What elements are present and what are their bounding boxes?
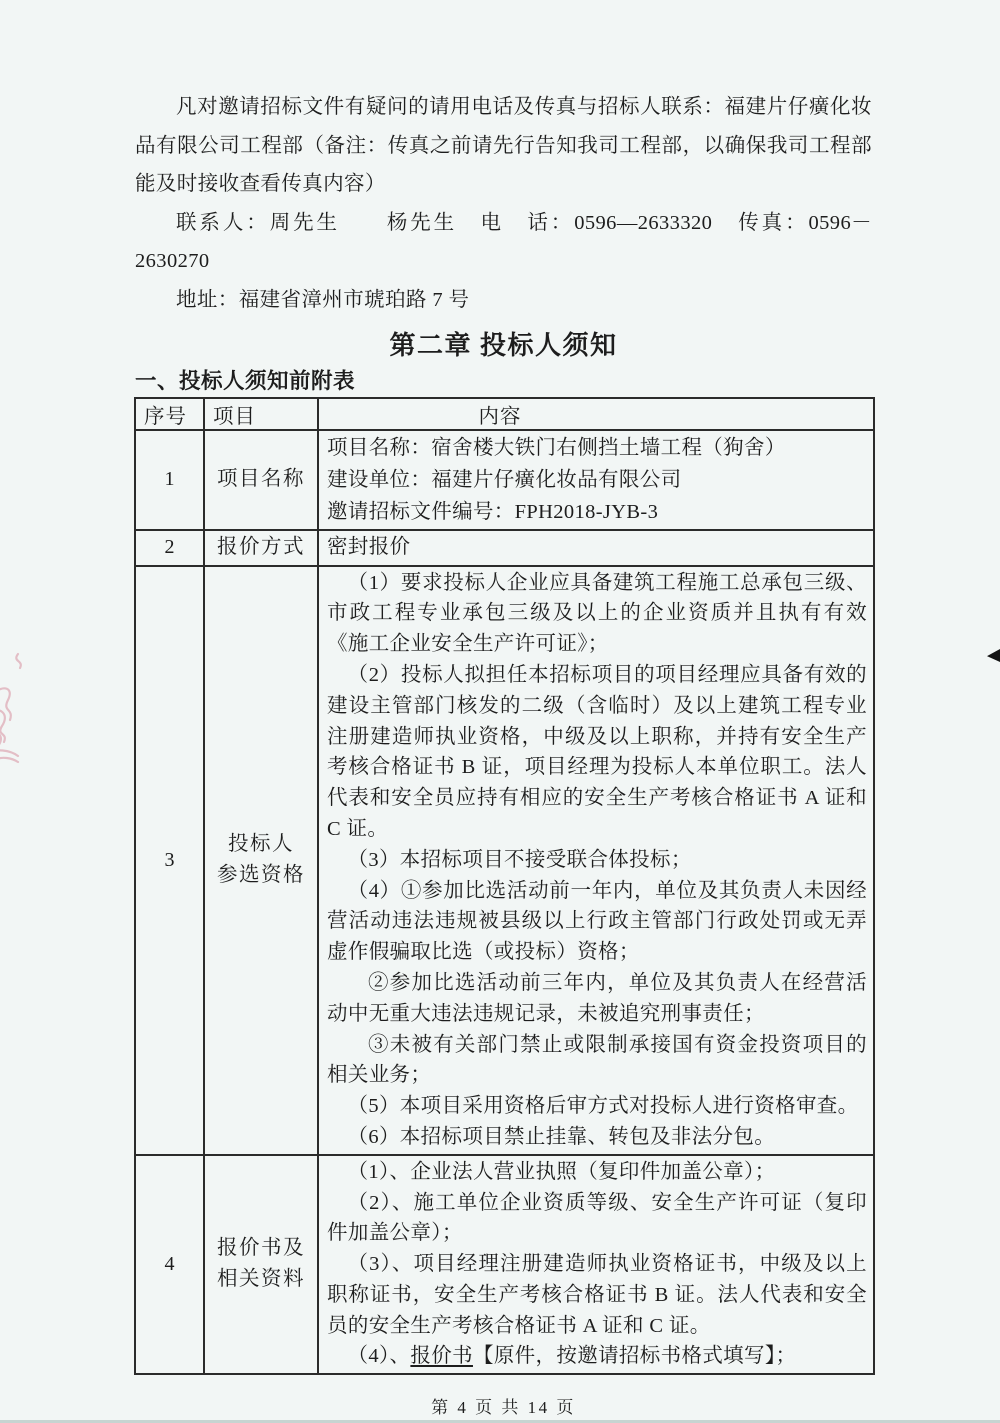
header-col-content: 内容 xyxy=(318,398,874,430)
table-row: 4报价书及相关资料（1）、企业法人营业执照（复印件加盖公章）；（2）、施工单位企… xyxy=(135,1155,874,1375)
chapter-title: 第二章 投标人须知 xyxy=(135,327,872,364)
text-segment: （3）、项目经理注册建造师执业资格证书，中级及以上职称证书，安全生产考核合格证书… xyxy=(327,1253,867,1337)
text-segment: 项目名称：宿舍楼大铁门右侧挡土墙工程（狗舍） xyxy=(327,437,786,459)
row-number-cell: 4 xyxy=(135,1155,204,1375)
text-segment: 邀请招标文件编号：FPH2018-JYB-3 xyxy=(327,501,658,523)
content-paragraph: （4）、报价书【原件，按邀请招标书格式填写】； xyxy=(327,1341,867,1372)
row-content-cell: （1）要求投标人企业应具备建筑工程施工总承包三级、市政工程专业承包三级及以上的企… xyxy=(318,566,874,1155)
row-item-line: 项目名称 xyxy=(207,464,315,495)
page-content: 凡对邀请招标文件有疑问的请用电话及传真与招标人联系：福建片仔癀化妆品有限公司工程… xyxy=(135,88,872,1418)
text-segment: 【原件，按邀请招标书格式填写】； xyxy=(473,1345,796,1367)
content-paragraph: ②参加比选活动前三年内，单位及其负责人在经营活动中无重大违法违规记录，未被追究刑… xyxy=(327,968,867,1030)
content-paragraph: （5）本项目采用资格后审方式对投标人进行资格审查。 xyxy=(327,1091,867,1122)
text-segment: （1）要求投标人企业应具备建筑工程施工总承包三级、市政工程专业承包三级及以上的企… xyxy=(327,572,867,656)
address-line: 地址：福建省漳州市琥珀路 7 号 xyxy=(135,281,872,320)
content-paragraph: （1）、企业法人营业执照（复印件加盖公章）； xyxy=(327,1157,867,1188)
content-paragraph: （4）①参加比选活动前一年内，单位及其负责人未因经营活动违法违规被县级以上行政主… xyxy=(327,876,867,968)
document-page: 凡对邀请招标文件有疑问的请用电话及传真与招标人联系：福建片仔癀化妆品有限公司工程… xyxy=(0,0,1000,1423)
row-item-cell: 报价书及相关资料 xyxy=(204,1155,318,1375)
table-row: 1项目名称项目名称：宿舍楼大铁门右侧挡土墙工程（狗舍）建设单位：福建片仔癀化妆品… xyxy=(135,430,874,530)
content-paragraph: 建设单位：福建片仔癀化妆品有限公司 xyxy=(327,464,867,496)
text-segment: 密封报价 xyxy=(327,536,410,558)
content-paragraph: （2）投标人拟担任本招标项目的项目经理应具备有效的建设主管部门核发的二级（含临时… xyxy=(327,660,867,845)
row-content-cell: （1）、企业法人营业执照（复印件加盖公章）；（2）、施工单位企业资质等级、安全生… xyxy=(318,1155,874,1375)
content-paragraph: （6）本招标项目禁止挂靠、转包及非法分包。 xyxy=(327,1122,867,1153)
page-number: 第 4 页 共 14 页 xyxy=(135,1393,872,1418)
red-stamp-smudge xyxy=(0,636,54,776)
text-segment: ③未被有关部门禁止或限制承接国有资金投资项目的相关业务； xyxy=(327,1034,867,1087)
header-col-item: 项目 xyxy=(204,398,318,430)
row-number-cell: 3 xyxy=(135,566,204,1155)
row-item-line: 相关资料 xyxy=(207,1264,315,1295)
right-edge-scan-mark xyxy=(987,649,1000,662)
row-item-line: 投标人 xyxy=(207,829,315,860)
table-header-row: 序号 项目 内容 xyxy=(135,398,874,430)
table-body: 1项目名称项目名称：宿舍楼大铁门右侧挡土墙工程（狗舍）建设单位：福建片仔癀化妆品… xyxy=(135,430,874,1375)
row-item-line: 参选资格 xyxy=(207,860,315,891)
row-item-cell: 投标人参选资格 xyxy=(204,566,318,1155)
text-segment: （2）投标人拟担任本招标项目的项目经理应具备有效的建设主管部门核发的二级（含临时… xyxy=(327,664,867,840)
text-segment: （4）、 xyxy=(348,1345,411,1367)
underlined-text: 报价书 xyxy=(410,1345,473,1367)
text-segment: 建设单位：福建片仔癀化妆品有限公司 xyxy=(327,469,681,491)
content-paragraph: 密封报价 xyxy=(327,532,867,563)
section-heading: 一、投标人须知前附表 xyxy=(135,366,872,397)
row-number-cell: 1 xyxy=(135,430,204,530)
content-paragraph: （3）本招标项目不接受联合体投标； xyxy=(327,845,867,876)
row-item-cell: 项目名称 xyxy=(204,430,318,530)
intro-paragraph: 凡对邀请招标文件有疑问的请用电话及传真与招标人联系：福建片仔癀化妆品有限公司工程… xyxy=(135,88,872,204)
content-paragraph: ③未被有关部门禁止或限制承接国有资金投资项目的相关业务； xyxy=(327,1030,867,1092)
content-paragraph: （3）、项目经理注册建造师执业资格证书，中级及以上职称证书，安全生产考核合格证书… xyxy=(327,1249,867,1341)
row-content-cell: 项目名称：宿舍楼大铁门右侧挡土墙工程（狗舍）建设单位：福建片仔癀化妆品有限公司邀… xyxy=(318,430,874,530)
content-paragraph: 项目名称：宿舍楼大铁门右侧挡土墙工程（狗舍） xyxy=(327,432,867,464)
row-number-cell: 2 xyxy=(135,530,204,566)
text-segment: （5）本项目采用资格后审方式对投标人进行资格审查。 xyxy=(348,1095,859,1117)
row-item-cell: 报价方式 xyxy=(204,530,318,566)
header-col-no: 序号 xyxy=(135,398,204,430)
row-content-cell: 密封报价 xyxy=(318,530,874,566)
table-row: 2报价方式密封报价 xyxy=(135,530,874,566)
content-paragraph: 邀请招标文件编号：FPH2018-JYB-3 xyxy=(327,496,867,528)
bidder-notice-table: 序号 项目 内容 1项目名称项目名称：宿舍楼大铁门右侧挡土墙工程（狗舍）建设单位… xyxy=(134,397,875,1376)
text-segment: （2）、施工单位企业资质等级、安全生产许可证（复印件加盖公章）； xyxy=(327,1192,867,1245)
content-paragraph: （2）、施工单位企业资质等级、安全生产许可证（复印件加盖公章）； xyxy=(327,1188,867,1250)
row-item-line: 报价方式 xyxy=(207,532,315,563)
text-segment: ②参加比选活动前三年内，单位及其负责人在经营活动中无重大违法违规记录，未被追究刑… xyxy=(327,972,867,1025)
contact-line: 联系人：周先生 杨先生 电 话：0596—2633320 传真：0596－263… xyxy=(135,204,872,281)
content-paragraph: （1）要求投标人企业应具备建筑工程施工总承包三级、市政工程专业承包三级及以上的企… xyxy=(327,568,867,660)
text-segment: （4）①参加比选活动前一年内，单位及其负责人未因经营活动违法违规被县级以上行政主… xyxy=(327,880,867,964)
text-segment: （6）本招标项目禁止挂靠、转包及非法分包。 xyxy=(348,1126,776,1148)
row-item-line: 报价书及 xyxy=(207,1233,315,1264)
text-segment: （3）本招标项目不接受联合体投标； xyxy=(348,849,692,871)
table-row: 3投标人参选资格（1）要求投标人企业应具备建筑工程施工总承包三级、市政工程专业承… xyxy=(135,566,874,1155)
text-segment: （1）、企业法人营业执照（复印件加盖公章）； xyxy=(348,1161,776,1183)
